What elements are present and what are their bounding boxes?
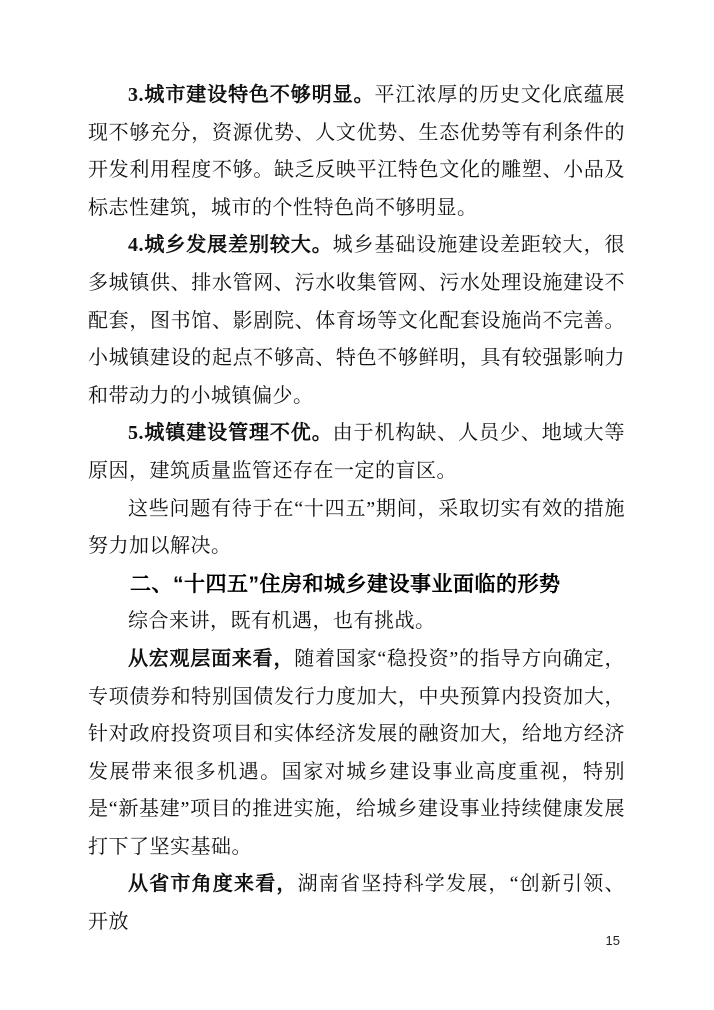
paragraph-text: 综合来讲，既有机遇，也有挑战。 [128,610,436,632]
paragraph-text: 城乡基础设施建设差距较大，很多城镇供、排水管网、污水收集管网、污水处理设施建设不… [88,234,625,406]
summary-paragraph: 综合来讲，既有机遇，也有挑战。 [88,603,625,641]
macro-view-paragraph: 从宏观层面来看，随着国家“稳投资”的指导方向确定，专项债券和特别国债发行力度加大… [88,641,625,867]
transition-paragraph: 这些问题有待于在“十四五”期间，采取切实有效的措施努力加以解决。 [88,491,625,566]
province-view-paragraph: 从省市角度来看，湖南省坚持科学发展，“创新引领、开放 [88,866,625,941]
paragraph-lead: 3.城市建设特色不够明显。 [128,84,374,106]
numbered-paragraph-4: 4.城乡发展差别较大。城乡基础设施建设差距较大，很多城镇供、排水管网、污水收集管… [88,227,625,415]
section-heading-text: 二、“十四五”住房和城乡建设事业面临的形势 [130,573,561,596]
paragraph-lead: 从宏观层面来看， [128,648,294,670]
document-page: 3.城市建设特色不够明显。平江浓厚的历史文化底蕴展现不够充分，资源优势、人文优势… [0,0,714,1010]
section-heading: 二、“十四五”住房和城乡建设事业面临的形势 [88,566,625,604]
paragraph-lead: 从省市角度来看， [128,873,298,895]
paragraph-lead: 4.城乡发展差别较大。 [128,234,333,256]
numbered-paragraph-5: 5.城镇建设管理不优。由于机构缺、人员少、地域大等原因，建筑质量监管还存在一定的… [88,415,625,490]
page-body: 3.城市建设特色不够明显。平江浓厚的历史文化底蕴展现不够充分，资源优势、人文优势… [88,77,625,942]
paragraph-text: 随着国家“稳投资”的指导方向确定，专项债券和特别国债发行力度加大，中央预算内投资… [88,648,625,858]
numbered-paragraph-3: 3.城市建设特色不够明显。平江浓厚的历史文化底蕴展现不够充分，资源优势、人文优势… [88,77,625,227]
paragraph-text: 这些问题有待于在“十四五”期间，采取切实有效的措施努力加以解决。 [88,498,625,558]
paragraph-lead: 5.城镇建设管理不优。 [128,422,333,444]
page-number: 15 [606,933,620,948]
